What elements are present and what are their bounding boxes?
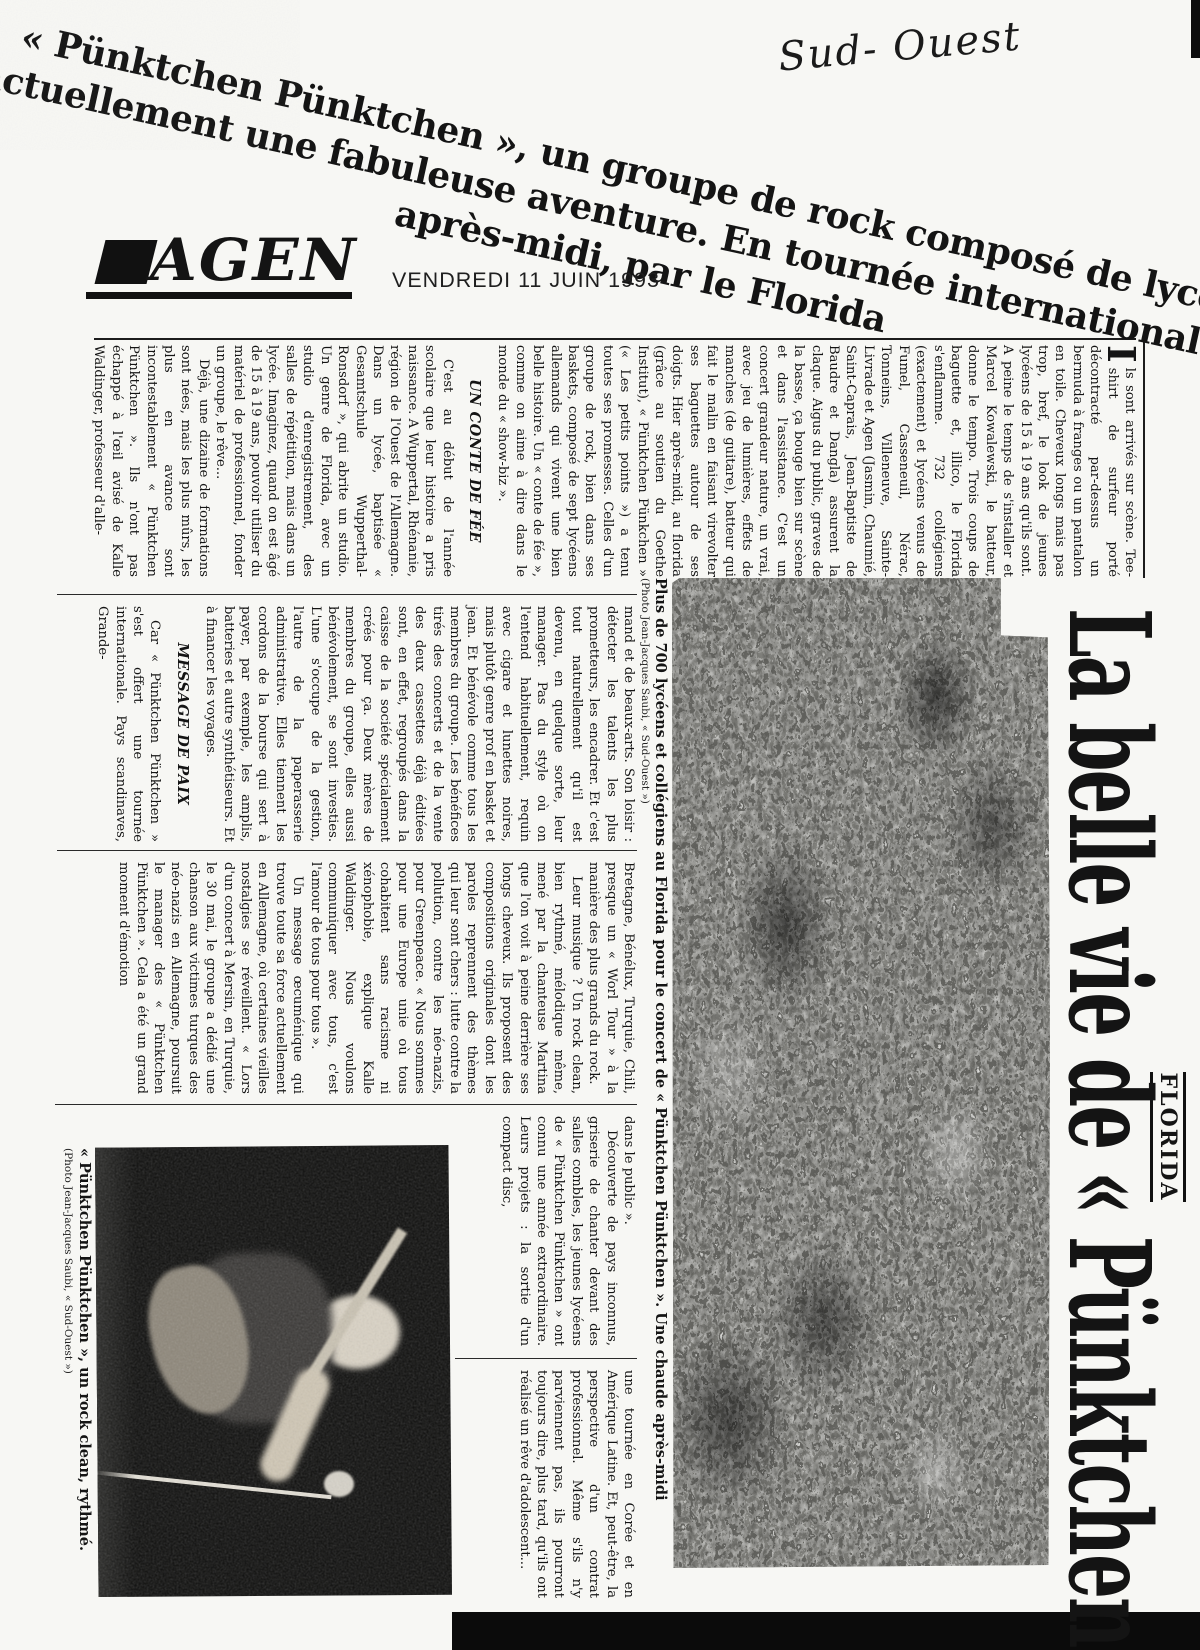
column-rule: [455, 1358, 637, 1359]
paragraph: Leur musique ? Un rock clean, bien rythm…: [306, 862, 585, 1094]
masthead-mark-icon: [95, 240, 158, 284]
guitarist-photo-caption: « Pünktchen Pünktchen », un rock clean, …: [76, 1148, 93, 1618]
masthead-underline: [86, 292, 352, 299]
article-column-3: Bretagne, Bénélux, Turquie, Chili, presq…: [51, 862, 637, 1094]
paragraph: Ils sont arrivés sur scène. Tee-shirt de…: [494, 345, 1138, 577]
article-headline: La belle vie de « Pünktchen »: [1052, 608, 1164, 1238]
paragraph: Un message œcuménique qui trouve toute s…: [115, 862, 306, 1094]
paragraph: mand et de beaux-arts. Son loisir : déte…: [202, 606, 637, 842]
paragraph: Déjà, une dizaine de formations sont née…: [90, 345, 212, 577]
dateline: VENDREDI 11 JUIN 1993: [392, 268, 660, 293]
paragraph: Car « Pünktchen Pünktchen » s'est offert…: [94, 606, 164, 842]
article-column-2: mand et de beaux-arts. Son loisir : déte…: [51, 606, 637, 842]
crowd-photo-credit: (Photo Jean-Jacques Saubi, « Sud-Ouest »…: [639, 578, 651, 1178]
photo-grain: [95, 1145, 452, 1597]
paragraph: Bretagne, Bénélux, Turquie, Chili, presq…: [585, 862, 637, 1094]
column-rule: [55, 1104, 637, 1105]
photo-shading: [672, 578, 1050, 1568]
column-rule: [57, 850, 637, 851]
paragraph-text: ls sont arrivés sur scène. Tee-shirt de …: [495, 345, 1137, 577]
guitarist-photo: [95, 1145, 452, 1597]
article-column-1: Ils sont arrivés sur scène. Tee-shirt de…: [82, 345, 1138, 577]
paragraph: dans le public ».: [620, 1116, 637, 1346]
paragraph: Découverte de pays inconnus, griserie de…: [498, 1116, 620, 1346]
paragraph: une tournée en Corée et en Amérique Lati…: [515, 1370, 637, 1598]
subhead-message-de-paix: MESSAGE DE PAIX: [173, 606, 190, 842]
column-rule: [57, 594, 637, 595]
guitarist-photo-credit: (Photo Jean-Jacques Saubi, « Sud-Ouest »…: [62, 1148, 74, 1618]
article-column-5: une tournée en Corée et en Amérique Lati…: [467, 1370, 637, 1598]
scan-corner-artifact: [1191, 0, 1200, 58]
crowd-photo: [672, 578, 1050, 1568]
subhead-conte-de-fee: UN CONTE DE FÉE: [466, 345, 483, 577]
paragraph: C'est au début de l'année scolaire que l…: [212, 345, 456, 577]
scanned-newspaper-clipping: FLORIDA La belle vie de « Pünktchen » Pl…: [0, 0, 1200, 1650]
article-column-4: dans le public ». Découverte de pays inc…: [451, 1116, 637, 1346]
agen-masthead: AGEN: [86, 232, 386, 304]
crowd-photo-caption: Plus de 700 lycéens et collégiens au Flo…: [652, 578, 669, 1570]
masthead-title: AGEN: [150, 226, 358, 294]
